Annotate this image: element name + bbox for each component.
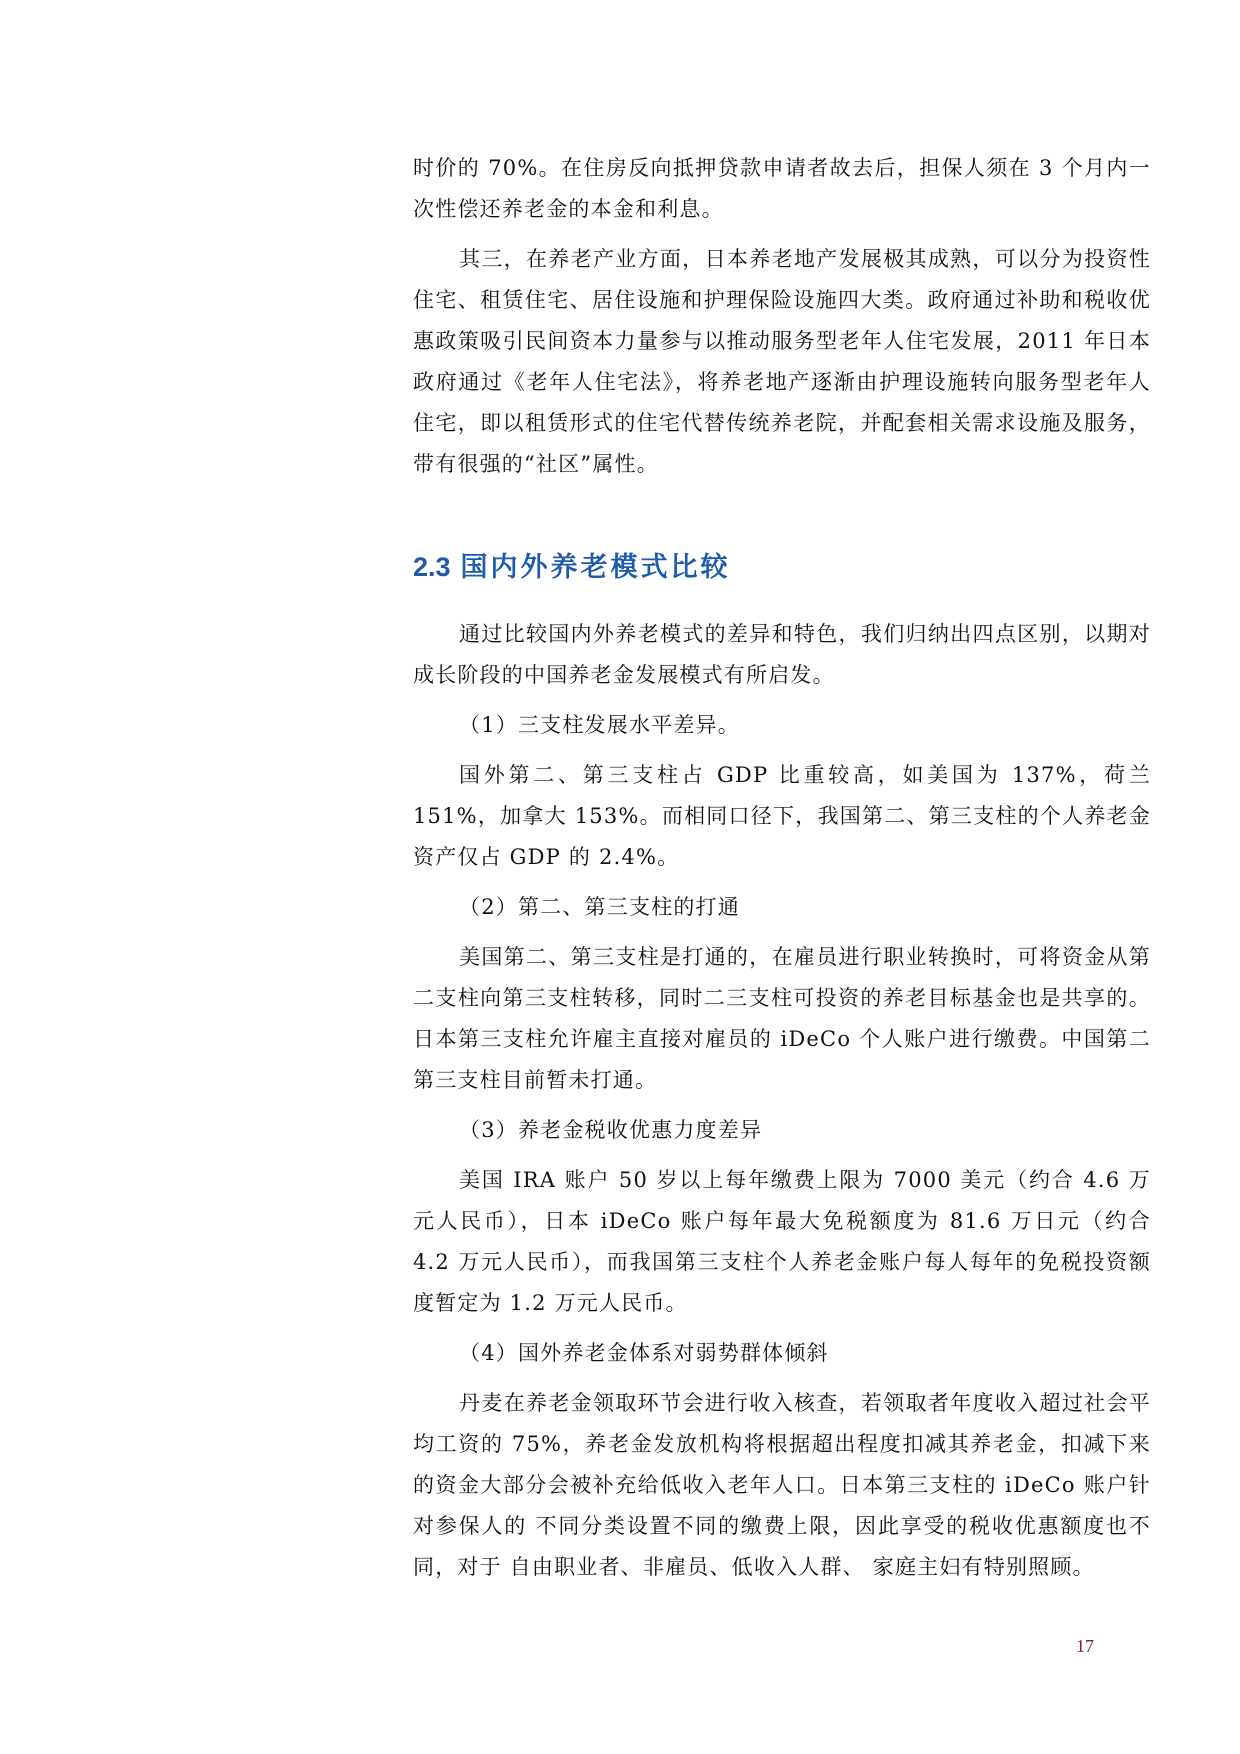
page-body: 时价的 70%。在住房反向抵押贷款申请者故去后，担保人须在 3 个月内一次性偿还…	[413, 148, 1151, 1597]
item-heading-1: （1）三支柱发展水平差异。	[413, 705, 1151, 746]
item-body-4: 丹麦在养老金领取环节会进行收入核查，若领取者年度收入超过社会平均工资的 75%，…	[413, 1383, 1151, 1588]
item-body-2: 美国第二、第三支柱是打通的，在雇员进行职业转换时，可将资金从第二支柱向第三支柱转…	[413, 937, 1151, 1101]
section-heading: 2.3国内外养老模式比较	[413, 547, 1151, 588]
page-number: 17	[1076, 1636, 1094, 1657]
section-number: 2.3	[413, 552, 451, 582]
paragraph-continuation: 时价的 70%。在住房反向抵押贷款申请者故去后，担保人须在 3 个月内一次性偿还…	[413, 148, 1151, 230]
item-heading-2: （2）第二、第三支柱的打通	[413, 887, 1151, 928]
item-body-3: 美国 IRA 账户 50 岁以上每年缴费上限为 7000 美元（约合 4.6 万…	[413, 1160, 1151, 1324]
item-heading-4: （4）国外养老金体系对弱势群体倾斜	[413, 1333, 1151, 1374]
paragraph-elder-industry: 其三，在养老产业方面，日本养老地产发展极其成熟，可以分为投资性住宅、租赁住宅、居…	[413, 239, 1151, 485]
item-heading-3: （3）养老金税收优惠力度差异	[413, 1110, 1151, 1151]
item-body-1: 国外第二、第三支柱占 GDP 比重较高，如美国为 137%，荷兰 151%，加拿…	[413, 755, 1151, 878]
section-title: 国内外养老模式比较	[461, 552, 731, 583]
section-intro: 通过比较国内外养老模式的差异和特色，我们归纳出四点区别，以期对成长阶段的中国养老…	[413, 614, 1151, 696]
